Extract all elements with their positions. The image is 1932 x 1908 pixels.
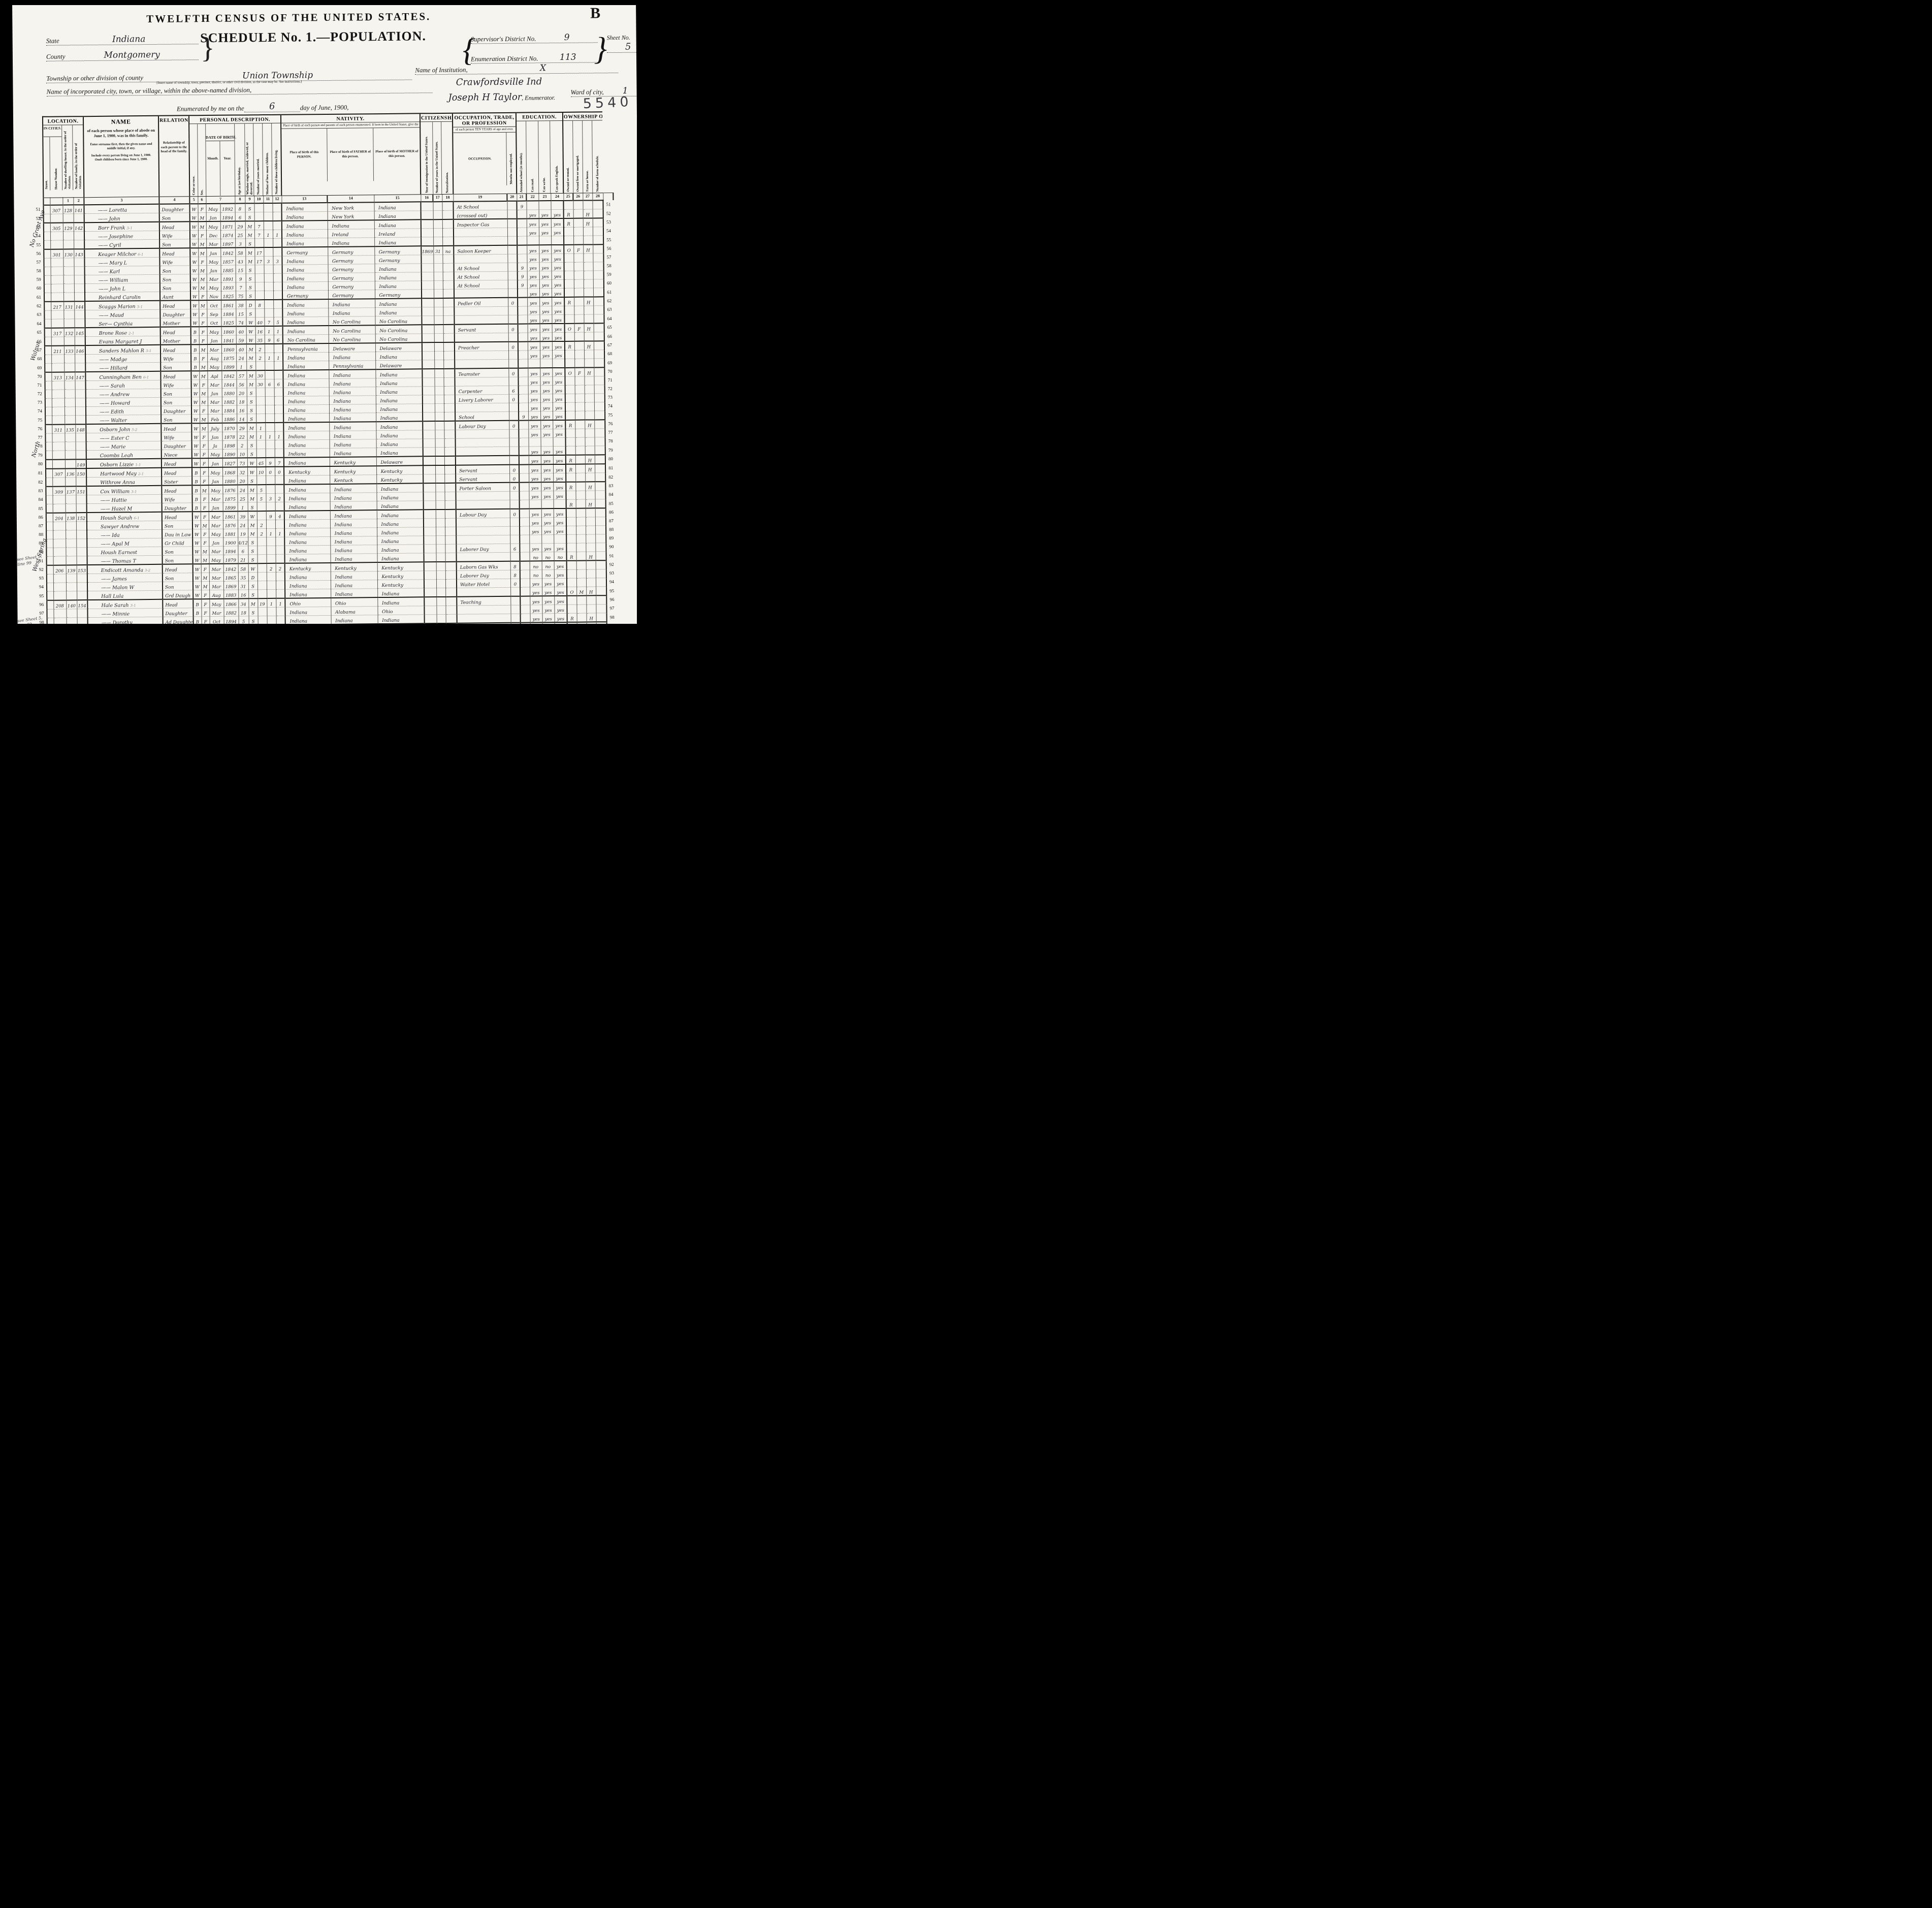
owned-free-or-mortgaged-column-label: Owned free or mortgaged. xyxy=(576,154,580,193)
color-race: B xyxy=(193,599,201,608)
line-number: 58 xyxy=(604,262,614,271)
immigration-year xyxy=(424,580,436,588)
months-not-employed xyxy=(507,228,517,236)
years-in-us xyxy=(433,237,442,246)
age: 73 xyxy=(237,458,247,467)
house-number xyxy=(52,451,65,460)
can-write: yes xyxy=(540,351,552,359)
marital-status: S xyxy=(248,581,257,590)
immigration-year xyxy=(424,510,436,519)
farm-schedule xyxy=(595,437,605,446)
farm-schedule xyxy=(594,350,604,359)
pob-person: Indiana xyxy=(284,501,330,511)
relation: Head xyxy=(160,327,191,336)
house-number xyxy=(52,390,65,398)
color-race: W xyxy=(190,300,199,309)
line-number: 75 xyxy=(605,411,615,420)
mother-of-children xyxy=(263,203,272,212)
children-living xyxy=(273,265,282,273)
occupation xyxy=(454,289,508,298)
free-or-mortgaged xyxy=(576,569,586,578)
farm-schedule xyxy=(593,306,604,314)
pob-father: Alabama xyxy=(331,607,377,616)
family-number xyxy=(75,355,85,363)
person-name: Hale Sarah3-1 xyxy=(87,599,163,609)
name-note-1: Enter surname first, then the given name… xyxy=(84,141,158,153)
can-write: yes xyxy=(540,411,553,421)
naturalization xyxy=(444,474,456,483)
can-read xyxy=(527,201,539,210)
column-number-26: 26 xyxy=(573,193,583,201)
marital-status: S xyxy=(248,590,257,599)
farm-schedule xyxy=(595,446,605,455)
attended-school: 9 xyxy=(519,411,528,421)
can-write: yes xyxy=(540,386,553,394)
can-read: yes xyxy=(530,579,542,587)
can-read: no xyxy=(530,561,542,570)
birth-month: Mar xyxy=(207,274,221,282)
sex: M xyxy=(201,547,209,555)
free-or-mortgaged xyxy=(574,306,584,314)
birth-month: May xyxy=(209,529,223,537)
house-number xyxy=(51,284,63,293)
farm-schedule xyxy=(594,323,604,332)
attended-school: 9 xyxy=(518,263,527,271)
years-in-us xyxy=(435,395,444,403)
months-not-employed xyxy=(508,333,518,342)
sex: F xyxy=(198,204,206,213)
sex: M xyxy=(199,283,207,292)
street-cell xyxy=(44,249,50,259)
marital-status: D xyxy=(248,573,257,581)
can-speak-english: yes xyxy=(553,411,565,420)
birth-month: Mar xyxy=(207,344,221,354)
pob-mother: Kentucky xyxy=(377,571,424,580)
age: 21 xyxy=(238,555,248,564)
years-married: 7 xyxy=(254,230,264,239)
can-speak-english: yes xyxy=(552,288,564,297)
marital-status: S xyxy=(248,546,257,555)
family-number xyxy=(75,416,86,425)
sex: F xyxy=(201,564,209,573)
mother-of-children xyxy=(267,589,276,598)
farm-schedule xyxy=(594,411,605,420)
mother-of-children xyxy=(264,221,273,230)
person-name: —— Walter xyxy=(86,415,161,424)
can-write: yes xyxy=(539,271,552,280)
years-married: 2 xyxy=(255,344,265,353)
can-write: yes xyxy=(540,368,552,377)
years-in-us xyxy=(435,430,444,438)
children-living: 1 xyxy=(273,230,282,238)
occupation: Preacher xyxy=(455,342,508,351)
birth-month: May xyxy=(206,204,220,213)
can-write: no xyxy=(542,552,554,561)
occupation: At School xyxy=(454,201,507,210)
children-living xyxy=(273,238,282,247)
color-race: B xyxy=(191,336,199,345)
owned-or-rented xyxy=(564,253,573,262)
line-number: 56 xyxy=(603,244,614,253)
pob-father: Kentucky xyxy=(330,457,376,466)
occupation xyxy=(457,614,511,623)
naturalization xyxy=(443,325,455,334)
naturalization xyxy=(443,272,454,280)
free-or-mortgaged xyxy=(577,613,587,622)
name-title: NAME xyxy=(84,116,158,126)
birth-year: 1881 xyxy=(223,529,238,537)
pob-mother: Indiana xyxy=(375,281,422,290)
birth-year: 1842 xyxy=(220,248,235,257)
owned-or-rented: O xyxy=(565,368,574,377)
color-race: W xyxy=(193,555,201,564)
pob-mother: Indiana xyxy=(375,307,422,316)
pob-father: Indiana xyxy=(330,493,376,502)
pob-father: No Carolina xyxy=(329,334,375,343)
mother-of-children xyxy=(264,265,273,273)
pencil-annotation: 3-1 xyxy=(130,603,136,608)
immigration-year xyxy=(421,211,433,220)
pob-person: Indiana xyxy=(284,439,330,449)
pob-person: Indiana xyxy=(282,308,328,317)
immigration-year-column-label: Year of immigration to the United States… xyxy=(425,135,429,194)
sex: F xyxy=(200,406,208,415)
years-married xyxy=(255,265,264,274)
naturalization xyxy=(445,544,456,553)
dwelling-number xyxy=(63,275,74,284)
can-speak-english: yes xyxy=(551,253,564,262)
birth-year: 1900 xyxy=(223,537,238,546)
can-write: no xyxy=(542,570,554,579)
naturalization xyxy=(444,447,456,456)
years-in-us xyxy=(436,535,445,544)
farm-or-house xyxy=(583,200,593,209)
marital-status: S xyxy=(246,274,255,282)
mother-of-children xyxy=(266,546,275,554)
page-stamp: 5540 xyxy=(583,94,632,112)
dwelling-number xyxy=(63,258,74,267)
owned-or-rented: R xyxy=(566,455,575,464)
marital-status: S xyxy=(248,502,257,512)
free-or-mortgaged xyxy=(575,464,585,473)
farm-or-house: H xyxy=(583,218,593,227)
immigration-year xyxy=(422,352,434,360)
birth-year: 1860 xyxy=(221,344,236,354)
column-number-8: 8 xyxy=(235,196,245,204)
owned-or-rented xyxy=(564,236,573,245)
family-number xyxy=(74,232,84,240)
street-cell xyxy=(44,267,51,275)
years-married: 17 xyxy=(254,247,264,257)
mother-of-children xyxy=(264,300,273,309)
farm-or-house xyxy=(585,411,594,420)
immigration-year xyxy=(422,342,434,352)
months-not-employed: 0 xyxy=(508,368,518,377)
birth-year: 1876 xyxy=(222,485,237,494)
pob-person: Indiana xyxy=(284,536,330,546)
months-not-employed xyxy=(507,219,517,228)
farm-schedule xyxy=(595,499,606,508)
house-number: 305 xyxy=(50,223,63,232)
line-number: 74 xyxy=(605,402,615,411)
immigration-year xyxy=(424,536,436,545)
free-or-mortgaged xyxy=(574,314,584,324)
color-race-column-label: Color or race. xyxy=(192,175,196,196)
naturalization xyxy=(444,386,455,395)
farm-schedule xyxy=(594,359,604,368)
pob-mother: Kentucky xyxy=(377,580,424,589)
name-section: NAME of each person whose place of abode… xyxy=(83,116,159,198)
age: 6 xyxy=(238,546,248,555)
color-race: B xyxy=(192,503,201,512)
can-speak-english: yes xyxy=(552,314,564,324)
occupation: Teamster xyxy=(455,368,508,377)
months-not-employed xyxy=(507,210,517,219)
birth-year: 1841 xyxy=(221,335,236,344)
enumerator-value: Joseph H Taylor xyxy=(448,92,522,103)
naturalization xyxy=(443,351,455,360)
attended-school xyxy=(518,306,527,315)
children-living xyxy=(275,537,284,546)
can-write: yes xyxy=(541,518,554,526)
age: 2 xyxy=(237,440,247,449)
birth-year: 1891 xyxy=(221,274,236,282)
mother-of-children xyxy=(266,440,275,449)
person-name: Hartwood May2-1 xyxy=(86,468,162,478)
color-race: B xyxy=(192,485,200,494)
relation: Sister xyxy=(162,476,192,486)
immigration-year xyxy=(422,334,434,343)
street-cell xyxy=(44,319,51,328)
person-name: —— Minnie xyxy=(87,608,163,617)
age: 35 xyxy=(238,573,248,581)
color-race: W xyxy=(191,423,200,432)
pob-person: Indiana xyxy=(282,229,328,238)
children-living: 1 xyxy=(276,598,285,608)
children-living: 2 xyxy=(275,493,284,502)
column-number-12: 12 xyxy=(272,196,281,203)
relation: Wife xyxy=(159,231,190,240)
sex: M xyxy=(200,397,208,406)
column-number-20: 20 xyxy=(507,194,517,201)
relation: Head xyxy=(160,300,190,309)
relation-section: RELATION. Relationship of each person to… xyxy=(158,115,189,197)
free-or-mortgaged xyxy=(574,262,584,271)
line-number: 62 xyxy=(604,297,614,306)
column-number-17: 17 xyxy=(433,194,442,202)
children-living xyxy=(273,308,282,317)
naturalization xyxy=(445,510,456,519)
street-cell xyxy=(44,258,50,267)
farm-schedule xyxy=(596,605,606,613)
person-name: Cunningham Ben6-1 xyxy=(85,371,160,381)
relation: Aunt xyxy=(160,292,190,301)
years-in-us xyxy=(436,597,445,606)
line-number: 71 xyxy=(35,381,45,390)
owned-or-rented xyxy=(567,605,576,613)
pob-mother: Kentucky xyxy=(376,474,423,484)
pob-person: Indiana xyxy=(283,326,329,335)
marital-status: S xyxy=(247,414,256,423)
pob-father: No Carolina xyxy=(329,325,375,334)
age: 18 xyxy=(238,608,248,616)
pob-person: Indiana xyxy=(285,554,331,563)
sex: M xyxy=(199,274,207,283)
pob-mother: Indiana xyxy=(377,536,424,545)
sex: M xyxy=(201,521,209,529)
pob-mother: Indiana xyxy=(376,448,423,457)
years-in-us xyxy=(434,263,443,272)
street-cell xyxy=(47,609,53,618)
color-race: B xyxy=(192,476,200,486)
line-number: 84 xyxy=(36,495,46,504)
mother-of-children: 0 xyxy=(266,467,275,476)
mother-of-children xyxy=(267,607,276,616)
sex: F xyxy=(199,318,207,327)
children-living xyxy=(275,546,284,554)
can-write: yes xyxy=(541,447,553,456)
pob-person: Indiana xyxy=(284,493,330,502)
mother-of-children xyxy=(265,405,274,414)
occupation: (crossed out) xyxy=(454,210,507,219)
line-number: 95 xyxy=(37,591,47,600)
free-or-mortgaged xyxy=(576,578,586,587)
attended-school xyxy=(520,579,530,587)
street-cell xyxy=(45,363,51,372)
sex: M xyxy=(199,371,207,380)
line-number: 86 xyxy=(606,508,616,517)
years-married xyxy=(255,291,264,300)
house-number xyxy=(51,267,63,275)
relation: Head xyxy=(162,512,192,521)
family-number xyxy=(74,284,85,293)
immigration-year xyxy=(422,264,434,272)
farm-or-house xyxy=(584,359,594,368)
line-number: 96 xyxy=(37,600,47,610)
birth-year: 1899 xyxy=(223,502,238,512)
color-race: W xyxy=(190,309,199,318)
immigration-year xyxy=(422,316,434,325)
owned-or-rented xyxy=(566,491,576,499)
house-number: 206 xyxy=(53,565,66,574)
farm-schedule xyxy=(595,491,606,499)
sex: M xyxy=(198,248,206,257)
children-living xyxy=(275,520,284,528)
immigration-year xyxy=(423,483,435,492)
enumerated-prefix: Enumerated by me on the xyxy=(177,104,244,113)
pencil-annotation: 1-1 xyxy=(135,463,141,467)
immigration-year xyxy=(424,588,436,597)
pob-mother: Delaware xyxy=(375,342,422,352)
person-name: —— James xyxy=(87,573,163,582)
owned-or-rented: O xyxy=(565,324,574,333)
sex: F xyxy=(200,494,208,503)
line-number: 87 xyxy=(36,522,46,530)
farm-schedule xyxy=(595,455,605,464)
can-read xyxy=(527,236,539,245)
line-number: 76 xyxy=(35,425,45,434)
house-number xyxy=(52,442,65,451)
owned-or-rented xyxy=(565,394,575,402)
dwelling-number xyxy=(65,451,76,460)
pob-person-column-label: Place of birth of this PERSON. xyxy=(282,149,327,161)
years-married xyxy=(254,203,263,212)
farm-or-house: H xyxy=(584,367,594,376)
relation: Son xyxy=(160,283,190,292)
months-not-employed xyxy=(508,263,518,271)
immigration-year xyxy=(422,307,434,316)
city-label: Name of incorporated city, town, or vill… xyxy=(46,86,251,96)
occupation: At School xyxy=(454,271,508,280)
free-or-mortgaged xyxy=(573,253,583,262)
naturalization xyxy=(445,553,457,562)
marital-status: M xyxy=(246,353,255,362)
months-not-employed xyxy=(508,271,518,280)
occupation-section: OCCUPATION, TRADE, OR PROFESSION of each… xyxy=(453,113,517,195)
street-cell xyxy=(46,469,52,478)
can-write: yes xyxy=(540,403,553,411)
line-number: 60 xyxy=(604,279,614,288)
can-speak-english: yes xyxy=(552,332,565,341)
owned-or-rented: R xyxy=(566,464,575,473)
occupation: At School xyxy=(454,280,508,289)
column-number-22: 22 xyxy=(526,194,538,201)
person-name: —— Josephine xyxy=(84,231,159,240)
attended-school xyxy=(520,587,530,596)
immigration-year xyxy=(422,290,434,299)
naturalization xyxy=(442,202,454,211)
column-number-5: 5 xyxy=(189,197,198,204)
months-not-employed xyxy=(508,280,518,289)
birth-year: 1865 xyxy=(223,573,238,581)
months-not-employed xyxy=(509,438,519,447)
free-or-mortgaged xyxy=(573,218,583,228)
years-in-us xyxy=(433,202,442,211)
dwelling-number: 140 xyxy=(66,600,77,609)
house-number xyxy=(50,258,63,267)
pob-person: Indiana xyxy=(282,273,328,282)
sex: M xyxy=(199,300,207,309)
children-living xyxy=(276,572,285,581)
years-married: 17 xyxy=(254,257,264,265)
free-or-mortgaged xyxy=(576,517,586,526)
months-not-employed xyxy=(508,306,518,315)
attended-school xyxy=(519,438,529,447)
attended-school xyxy=(517,228,527,236)
months-not-employed: 0 xyxy=(510,579,520,587)
age: 20 xyxy=(237,476,247,485)
mother-of-children xyxy=(265,388,274,396)
birth-year: 1876 xyxy=(223,520,238,529)
marital-status: M xyxy=(245,247,254,257)
years-in-us xyxy=(436,588,445,597)
color-race: W xyxy=(192,529,201,538)
person-name: Coombs Leah xyxy=(86,450,162,459)
owned-or-rented xyxy=(566,437,575,446)
farm-or-house xyxy=(584,350,594,359)
pob-person: No Carolina xyxy=(283,334,329,343)
occupation xyxy=(455,429,509,438)
occupation-title: OCCUPATION, TRADE, OR PROFESSION xyxy=(453,113,516,128)
immigration-year xyxy=(424,545,436,553)
occupation: Teaching xyxy=(457,596,510,606)
children-living xyxy=(276,589,285,598)
months-not-employed: 6 xyxy=(510,544,520,552)
farm-schedule xyxy=(595,534,606,543)
immigration-year xyxy=(423,395,435,404)
house-number xyxy=(51,275,63,284)
months-not-employed: 0 xyxy=(508,298,518,307)
